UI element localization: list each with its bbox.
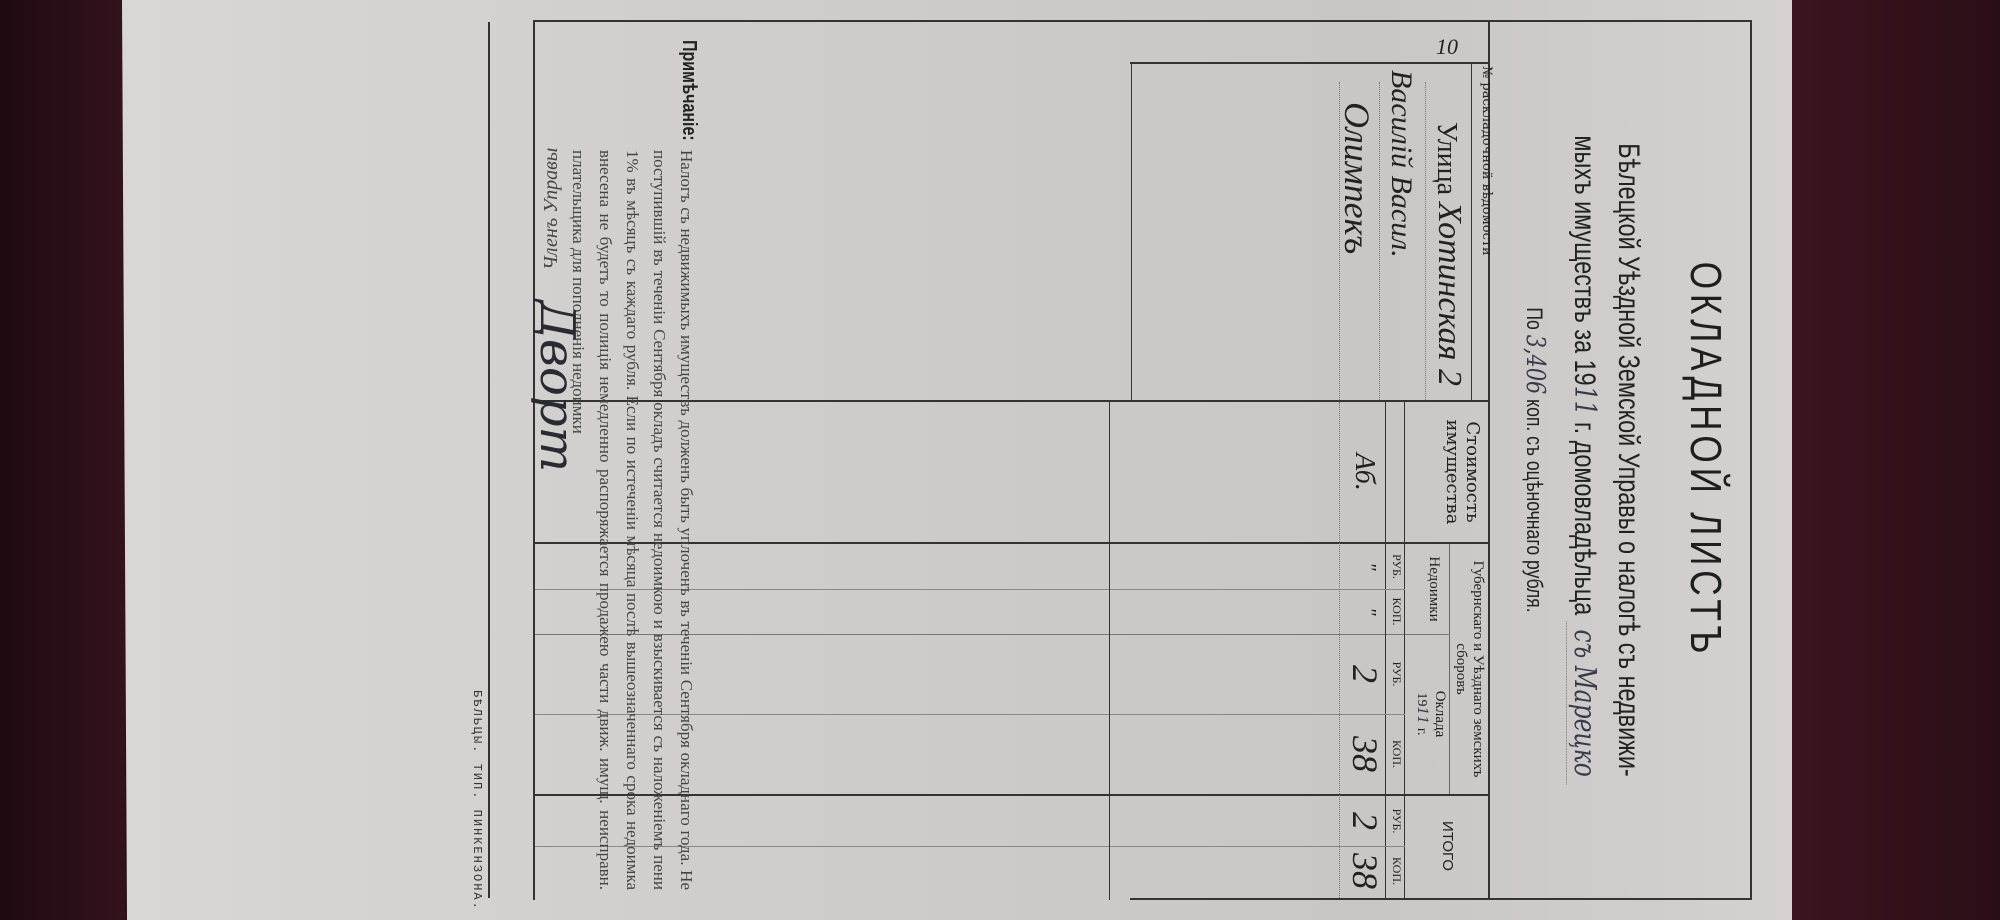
rate-suffix: коп. съ оцѣночнаго рубля. xyxy=(1522,394,1547,612)
rate-prefix: По xyxy=(1522,307,1547,334)
fees-header-underline xyxy=(1449,544,1450,794)
street-label: Улица xyxy=(1430,122,1462,202)
frame-border-top xyxy=(1750,20,1752,900)
register-header: № раскладочной вѣдомости xyxy=(1481,66,1492,396)
signature: Дворт xyxy=(529,300,585,472)
register-col-divider xyxy=(1130,62,1490,64)
empty-row-divider xyxy=(1109,400,1110,900)
owner-handwritten: съ Марецко xyxy=(1566,622,1602,785)
salary-header: Оклада xyxy=(1431,634,1448,794)
total-header: ИТОГО xyxy=(1439,796,1456,896)
rate-handwritten: 3,406 xyxy=(1520,335,1550,395)
street-handwritten: Хотинская 2 xyxy=(1430,202,1468,402)
arrears-rub-value: " xyxy=(1357,544,1380,589)
rate-line: По 3,406 коп. съ оцѣночнаго рубля. xyxy=(1520,92,1550,828)
name-line-1 xyxy=(1379,82,1380,402)
value-header: Стоимость имущества xyxy=(1442,402,1482,542)
subtitle-line-1: Бѣлецкой Уѣздной Земской Управы о налогѣ… xyxy=(1606,117,1650,803)
table-left-border xyxy=(535,20,1490,22)
subtitle-line-2: мыхъ имуществъ за 1911 г. домовладѣльца … xyxy=(1562,117,1606,803)
register-number: 10 xyxy=(1432,34,1462,60)
value-handwritten: Аб. xyxy=(1348,412,1380,532)
printer-imprint: БѢЛЬЦЫ. ТИП. ПИНКЕНЗОНА. xyxy=(470,690,484,911)
street-line xyxy=(1425,82,1426,402)
background-left xyxy=(0,0,125,920)
bottom-rule xyxy=(488,22,490,898)
salary-kop-value: 38 xyxy=(1344,714,1386,794)
fees-header: Губернскаго и Уѣзднаго земскихъ сборовъ xyxy=(1452,544,1486,794)
document-subtitle: Бѣлецкой Уѣздной Земской Управы о налогѣ… xyxy=(1562,117,1650,803)
note-text: Налогъ съ недвижимыхъ имуществъ долженъ … xyxy=(565,150,700,890)
arrears-kop-value: " xyxy=(1357,589,1380,634)
table-right-border xyxy=(1130,898,1490,900)
arrears-header: Недоимки xyxy=(1425,544,1442,634)
name-section-bottom xyxy=(1131,62,1132,400)
subtitle-mid: г. домовладѣльца xyxy=(1568,415,1601,621)
name-line-2 xyxy=(1339,82,1340,402)
salary-kop-header: КОП. xyxy=(1389,714,1404,794)
owner-name-line2: Олимпекъ xyxy=(1336,102,1378,402)
arrears-kop-header: КОП. xyxy=(1389,589,1404,634)
total-kop-value: 38 xyxy=(1344,846,1386,896)
register-header-underline xyxy=(1471,62,1472,400)
salary-rub-value: 2 xyxy=(1344,634,1386,714)
owner-name-line1: Василій Васил. xyxy=(1384,70,1418,400)
year-handwritten: 11 xyxy=(1567,386,1602,416)
note-label: Примѣчаніе: xyxy=(677,40,700,141)
arrears-rub-header: РУБ. xyxy=(1389,544,1404,589)
salary-rub-header: РУБ. xyxy=(1389,634,1404,714)
total-rub-value: 2 xyxy=(1344,796,1386,846)
document-title: ОКЛАДНОЙ ЛИСТЪ xyxy=(1680,92,1730,828)
salary-year: 1911 г. xyxy=(1413,634,1430,794)
rubkop-header-top xyxy=(1404,400,1405,900)
subtitle-prefix: мыхъ имуществъ за 19 xyxy=(1568,135,1601,385)
member-label: Членъ Управы xyxy=(540,148,563,270)
tax-assessment-sheet: ОКЛАДНОЙ ЛИСТЪ Бѣлецкой Уѣздной Земской … xyxy=(480,0,1790,920)
total-rub-header: РУБ. xyxy=(1389,796,1404,846)
background-right xyxy=(1790,0,2000,920)
value-row-line xyxy=(1339,402,1340,898)
total-kop-header: КОП. xyxy=(1389,846,1404,896)
